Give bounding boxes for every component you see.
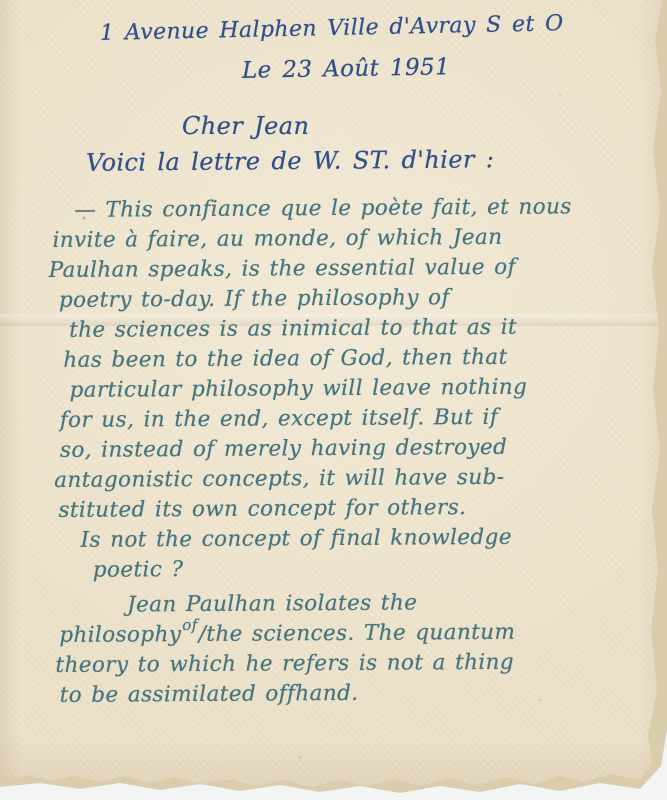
manuscript-line: philosophyof/the sciences. The quantum [59, 617, 667, 651]
scanned-letter: 1 Avenue Halphen Ville d'Avray S et O Le… [0, 0, 667, 800]
manuscript-line: so, instead of merely having destroyed [60, 432, 667, 466]
manuscript-line: theory to which he refers is not a thing [55, 647, 667, 681]
manuscript-line: invite à faire, au monde, of which Jean [52, 222, 665, 256]
salutation: Cher Jean [182, 112, 309, 140]
manuscript-line: stituted its own concept for others. [58, 492, 667, 526]
manuscript-line: particular philosophy will leave nothing [69, 372, 666, 406]
manuscript-line: Paulhan speaks, is the essential value o… [49, 252, 666, 286]
letter-body: — This confiance que le poète fait, et n… [0, 192, 667, 712]
inserted-word: of [182, 616, 198, 634]
manuscript-line: has been to the idea of God, then that [63, 342, 666, 376]
manuscript-line: to be assimilated offhand. [60, 677, 667, 711]
manuscript-line: poetry to-day. If the philosophy of [59, 282, 666, 316]
manuscript-line: for us, in the end, except itself. But i… [60, 402, 667, 436]
manuscript-line: the sciences is as inimical to that as i… [69, 312, 666, 346]
manuscript-line: Is not the concept of final knowledge [81, 522, 667, 556]
letter-paper: 1 Avenue Halphen Ville d'Avray S et O Le… [0, 0, 667, 792]
manuscript-line: antagonistic concepts, it will have sub- [54, 462, 667, 496]
manuscript-line: poetic ? [93, 552, 667, 586]
manuscript-line: — This confiance que le poète fait, et n… [74, 192, 665, 226]
intro-line: Voici la lettre de W. ST. d'hier : [86, 145, 495, 177]
address-line: 1 Avenue Halphen Ville d'Avray S et O [100, 11, 564, 46]
date-line: Le 23 Août 1951 [242, 54, 451, 84]
manuscript-line: Jean Paulhan isolates the [127, 587, 667, 621]
